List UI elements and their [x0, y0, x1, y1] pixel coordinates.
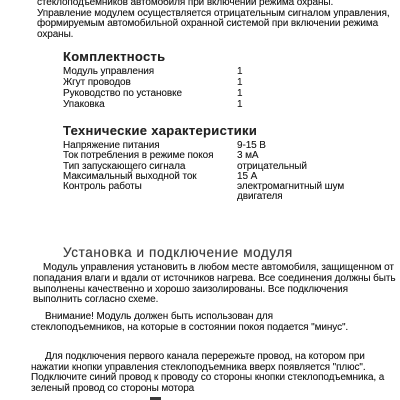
- spec-name: Контроль работы: [63, 182, 237, 203]
- kit-table: Модуль управления 1 Жгут проводов 1 Руко…: [63, 66, 343, 110]
- install-heading: Установка и подключение модуля: [63, 245, 293, 260]
- intro-paragraph: стеклоподъемников автомобиля при включен…: [37, 0, 390, 40]
- kit-item-qty: 1: [237, 77, 365, 88]
- kit-row: Модуль управления 1: [63, 66, 343, 77]
- specs-table: Напряжение питания 9-15 В Ток потреблени…: [63, 141, 373, 203]
- channel1-paragraph: Для подключения первого канала перережьт…: [31, 352, 393, 394]
- spec-row: Контроль работы электромагнитный шум дви…: [63, 182, 373, 203]
- kit-item-qty: 1: [237, 88, 365, 99]
- kit-row: Жгут проводов 1: [63, 77, 343, 88]
- kit-row: Руководство по установке 1: [63, 88, 343, 99]
- kit-item-qty: 1: [237, 66, 365, 77]
- kit-item-name: Жгут проводов: [63, 77, 237, 88]
- kit-item-qty: 1: [237, 99, 365, 110]
- kit-item-name: Упаковка: [63, 99, 237, 110]
- install-paragraph: Модуль управления установить в любом мес…: [33, 263, 396, 306]
- document-page: стеклоподъемников автомобиля при включен…: [0, 0, 400, 400]
- kit-item-name: Руководство по установке: [63, 88, 237, 99]
- warning-paragraph: Внимание! Модуль должен быть использован…: [31, 312, 353, 333]
- specs-heading: Технические характеристики: [63, 123, 257, 138]
- spec-value: электромагнитный шум двигателя: [237, 182, 365, 203]
- kit-heading: Комплектность: [63, 49, 165, 64]
- kit-item-name: Модуль управления: [63, 66, 237, 77]
- kit-row: Упаковка 1: [63, 99, 343, 110]
